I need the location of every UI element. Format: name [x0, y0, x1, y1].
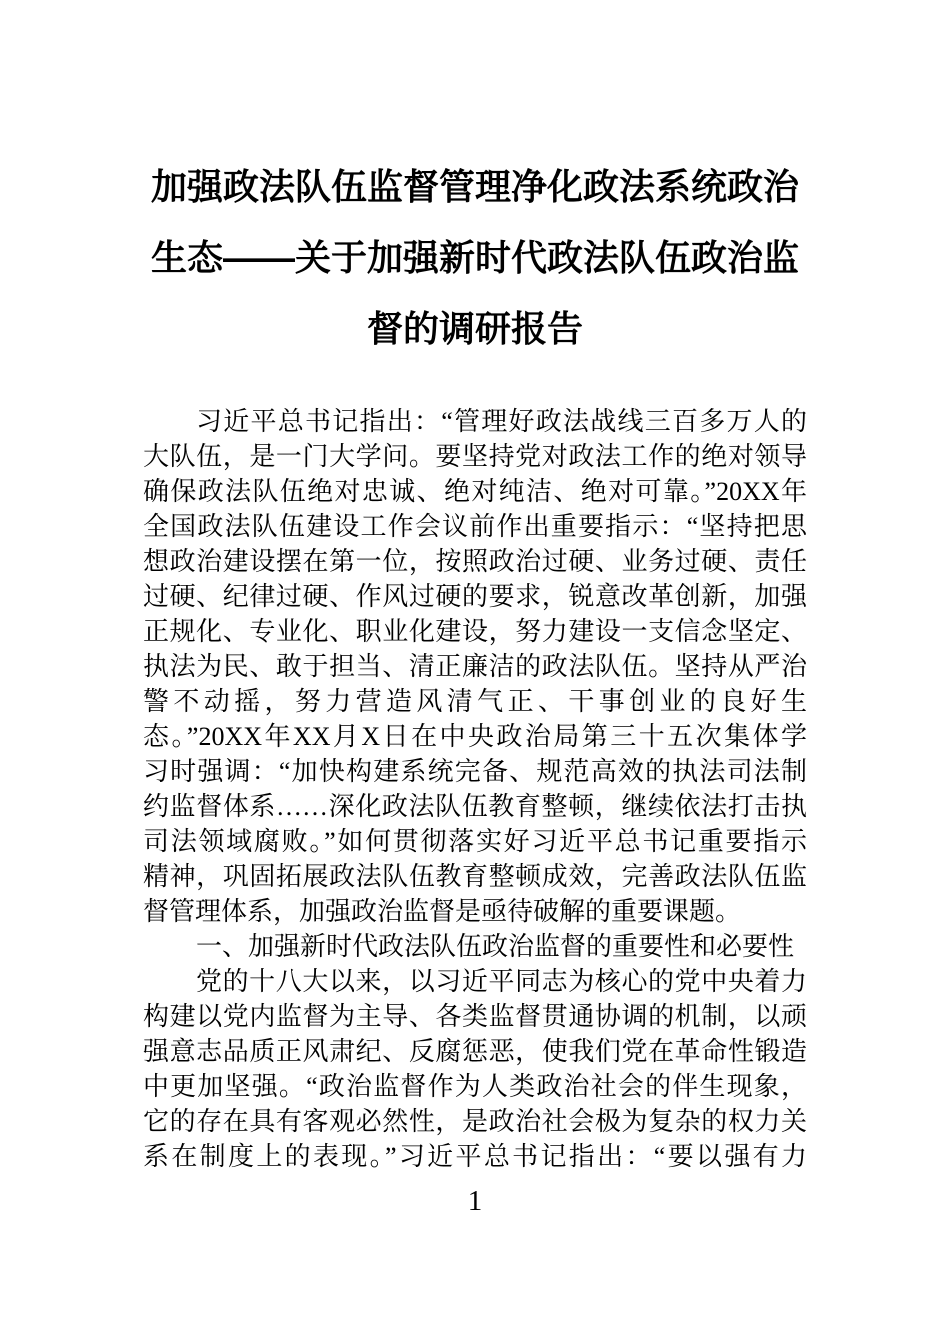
body-line: 精神，巩固拓展政法队伍教育整顿成效，完善政法队伍监 — [143, 859, 807, 894]
body-line: 正规化、专业化、职业化建设，努力建设一支信念坚定、 — [143, 614, 807, 649]
section-heading-line: 一、加强新时代政法队伍政治监督的重要性和必要性 — [143, 929, 807, 964]
document-body: 习近平总书记指出：“管理好政法战线三百多万人的 大队伍，是一门大学问。要坚持党对… — [143, 404, 807, 1174]
body-line: 态。”20XX年XX月X日在中央政治局第三十五次集体学 — [143, 719, 807, 754]
body-line: 想政治建设摆在第一位，按照政治过硬、业务过硬、责任 — [143, 544, 807, 579]
document-page: 加强政法队伍监督管理净化政法系统政治 生态——关于加强新时代政法队伍政治监 督的… — [0, 0, 950, 1344]
body-line: 司法领域腐败。”如何贯彻落实好习近平总书记重要指示 — [143, 824, 807, 859]
body-line: 习近平总书记指出：“管理好政法战线三百多万人的 — [143, 404, 807, 439]
body-line: 约监督体系……深化政法队伍教育整顿，继续依法打击执法 — [143, 789, 807, 824]
page-number: 1 — [143, 1183, 807, 1219]
body-line: 大队伍，是一门大学问。要坚持党对政法工作的绝对领导 — [143, 439, 807, 474]
title-line: 督的调研报告 — [143, 293, 807, 364]
body-line: 党的十八大以来，以习近平同志为核心的党中央着力 — [143, 964, 807, 999]
body-line: 它的存在具有客观必然性，是政治社会极为复杂的权力关 — [143, 1104, 807, 1139]
body-line: 督管理体系，加强政治监督是亟待破解的重要课题。 — [143, 894, 807, 929]
body-line: 习时强调：“加快构建系统完备、规范高效的执法司法制 — [143, 754, 807, 789]
body-line: 执法为民、敢于担当、清正廉洁的政法队伍。坚持从严治 — [143, 649, 807, 684]
body-line: 系在制度上的表现。”习近平总书记指出：“要以强有力 — [143, 1139, 807, 1174]
body-line: 构建以党内监督为主导、各类监督贯通协调的机制，以顽 — [143, 999, 807, 1034]
body-line: 过硬、纪律过硬、作风过硬的要求，锐意改革创新，加强 — [143, 579, 807, 614]
body-line: 强意志品质正风肃纪、反腐惩恶，使我们党在革命性锻造 — [143, 1034, 807, 1069]
body-line: 中更加坚强。“政治监督作为人类政治社会的伴生现象， — [143, 1069, 807, 1104]
body-line: 全国政法队伍建设工作会议前作出重要指示：“坚持把思 — [143, 509, 807, 544]
title-line: 生态——关于加强新时代政法队伍政治监 — [143, 222, 807, 293]
title-line: 加强政法队伍监督管理净化政法系统政治 — [143, 151, 807, 222]
document-title: 加强政法队伍监督管理净化政法系统政治 生态——关于加强新时代政法队伍政治监 督的… — [143, 151, 807, 364]
body-line: 警不动摇，努力营造风清气正、干事创业的良好生 — [143, 684, 807, 719]
body-line: 确保政法队伍绝对忠诚、绝对纯洁、绝对可靠。”20XX年 — [143, 474, 807, 509]
